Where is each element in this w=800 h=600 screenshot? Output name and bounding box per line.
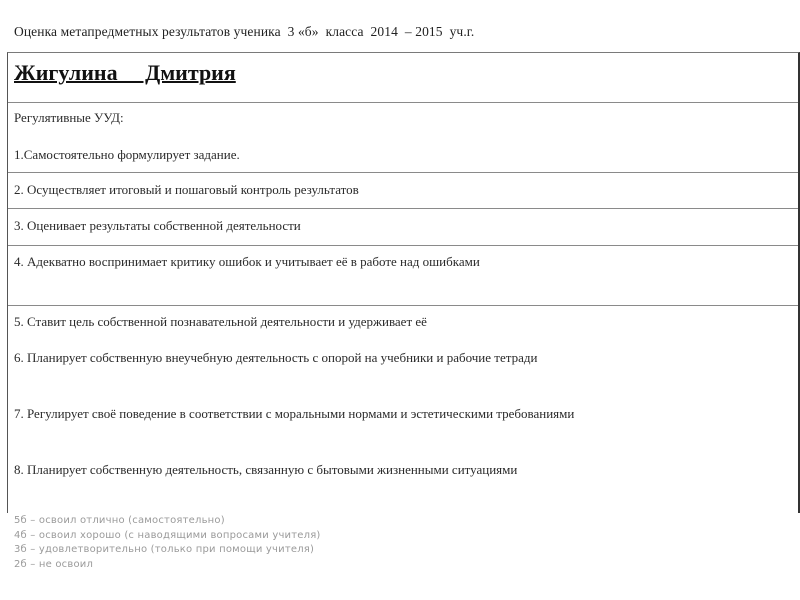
table-row: 4. Адекватно воспринимает критику ошибок… [8,246,798,306]
criterion-6: 6. Планирует собственную внеучебную деят… [14,350,537,366]
criterion-4: 4. Адекватно воспринимает критику ошибок… [14,254,480,270]
assessment-table: Жигулина Дмитрия Регулятивные УУД: 1.Сам… [7,52,800,513]
table-row: 5. Ставит цель собственной познавательно… [8,306,798,513]
section-heading: Регулятивные УУД: [14,110,124,126]
criterion-1: 1.Самостоятельно формулирует задание. [14,147,240,163]
student-name-row: Жигулина Дмитрия [8,53,798,103]
criterion-8: 8. Планирует собственную деятельность, с… [14,462,517,478]
legend-item: 2б – не освоил [14,558,321,573]
grading-legend: 5б – освоил отлично (самостоятельно) 4б … [14,514,321,572]
document-title: Оценка метапредметных результатов ученик… [14,24,474,40]
table-row: 3. Оценивает результаты собственной деят… [8,209,798,246]
student-name: Жигулина Дмитрия [14,60,236,86]
criterion-2: 2. Осуществляет итоговый и пошаговый кон… [14,182,359,198]
criterion-5: 5. Ставит цель собственной познавательно… [14,314,427,330]
legend-item: 4б – освоил хорошо (с наводящими вопроса… [14,529,321,544]
table-row: 2. Осуществляет итоговый и пошаговый кон… [8,173,798,209]
table-row: Регулятивные УУД: 1.Самостоятельно форму… [8,103,798,173]
criterion-3: 3. Оценивает результаты собственной деят… [14,218,301,234]
criterion-7: 7. Регулирует своё поведение в соответст… [14,406,574,422]
legend-item: 5б – освоил отлично (самостоятельно) [14,514,321,529]
legend-item: 3б – удовлетворительно (только при помощ… [14,543,321,558]
